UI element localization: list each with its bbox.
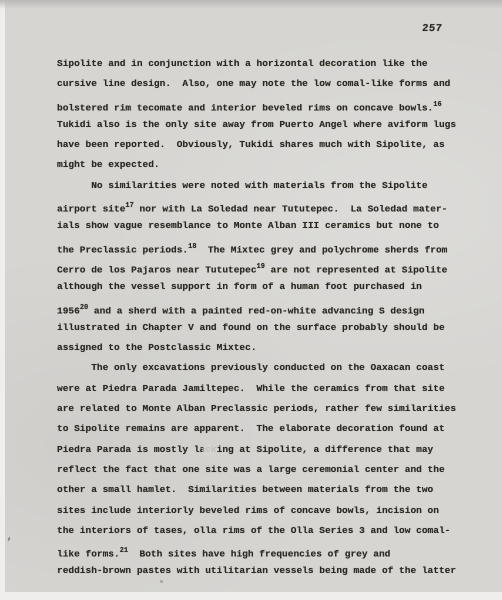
paragraph: The only excavations previously conducte… bbox=[57, 358, 467, 581]
text-line: to Sipolite remains are apparent. The el… bbox=[57, 419, 467, 439]
text-line: ials show vague resemblance to Monte Alb… bbox=[57, 216, 467, 236]
text-line: airport site17 nor with La Soledad near … bbox=[57, 196, 467, 216]
scan-edge-shadow bbox=[0, 0, 502, 9]
body-text: Sipolite and in conjunction with a horiz… bbox=[57, 54, 467, 582]
text-line: Tukidi also is the only site away from P… bbox=[57, 115, 467, 135]
text-line: the interiors of tases, olla rims of the… bbox=[57, 521, 467, 541]
paragraph: No similarities were noted with material… bbox=[57, 176, 467, 359]
text-line: have been reported. Obviously, Tukidi sh… bbox=[57, 135, 467, 155]
whiteout-smudge bbox=[203, 444, 217, 457]
text-line: cursive line design. Also, one may note … bbox=[57, 74, 467, 94]
paragraph: Sipolite and in conjunction with a horiz… bbox=[57, 54, 467, 176]
text-line: although the vessel support in form of a… bbox=[57, 277, 467, 297]
text-line: The only excavations previously conducte… bbox=[57, 358, 467, 378]
text-line: like forms.21 Both sites have high frequ… bbox=[57, 541, 467, 561]
text-line: reddish-brown pastes with utilitarian ve… bbox=[57, 561, 467, 581]
text-line: the Preclassic periods.18 The Mixtec gre… bbox=[57, 237, 467, 257]
text-line: illustrated in Chapter V and found on th… bbox=[57, 318, 467, 338]
text-line: reflect the fact that one site was a lar… bbox=[57, 460, 467, 480]
text-line: Cerro de los Pajaros near Tututepec19 ar… bbox=[57, 257, 467, 277]
text-line: are related to Monte Alban Preclassic pe… bbox=[57, 399, 467, 419]
text-line: 195620 and a sherd with a painted red-on… bbox=[57, 298, 467, 318]
text-line: No similarities were noted with material… bbox=[57, 176, 467, 196]
text-line: assigned to the Postclassic Mixtec. bbox=[57, 338, 467, 358]
scanned-page-photo: 257 Sipolite and in conjunction with a h… bbox=[0, 0, 502, 600]
text-line: Piedra Parada is mostly lacking at Sipol… bbox=[57, 440, 467, 460]
page-number: 257 bbox=[421, 23, 442, 35]
text-line: other a small hamlet. Similarities betwe… bbox=[57, 480, 467, 500]
text-line: bolstered rim tecomate and interior beve… bbox=[57, 95, 467, 115]
text-line: might be expected. bbox=[57, 155, 467, 175]
text-line: were at Piedra Parada Jamiltepec. While … bbox=[57, 379, 467, 399]
scan-artifact bbox=[160, 580, 163, 583]
text-line: Sipolite and in conjunction with a horiz… bbox=[57, 54, 467, 74]
text-line: sites include interiorly beveled rims of… bbox=[57, 501, 467, 521]
